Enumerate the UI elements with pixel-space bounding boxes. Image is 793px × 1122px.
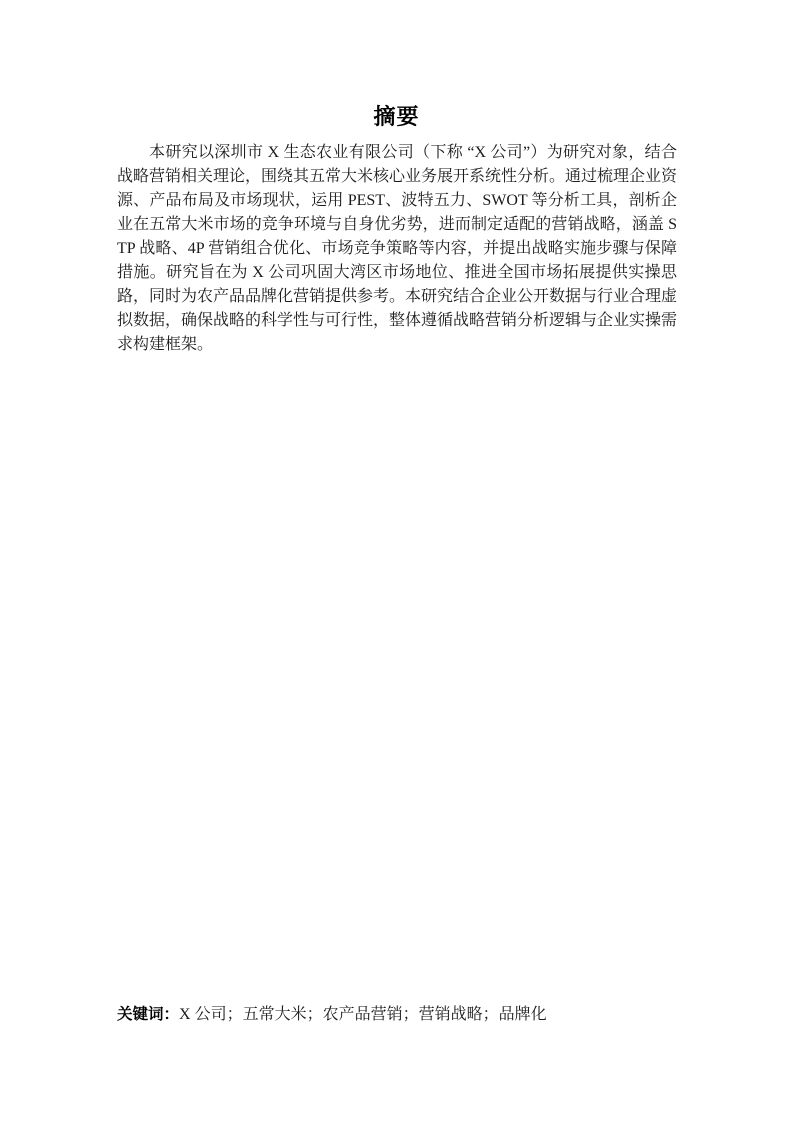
keywords-line: 关键词：X 公司；五常大米；农产品营销；营销战略；品牌化	[117, 1003, 677, 1027]
document-page: 摘要 本研究以深圳市 X 生态农业有限公司（下称 “X 公司”）为研究对象，结合…	[0, 0, 793, 1122]
abstract-title: 摘要	[0, 100, 793, 131]
keywords-label: 关键词：	[117, 1006, 179, 1023]
keywords-text: X 公司；五常大米；农产品营销；营销战略；品牌化	[179, 1006, 547, 1023]
abstract-paragraph: 本研究以深圳市 X 生态农业有限公司（下称 “X 公司”）为研究对象，结合战略营…	[117, 141, 677, 357]
